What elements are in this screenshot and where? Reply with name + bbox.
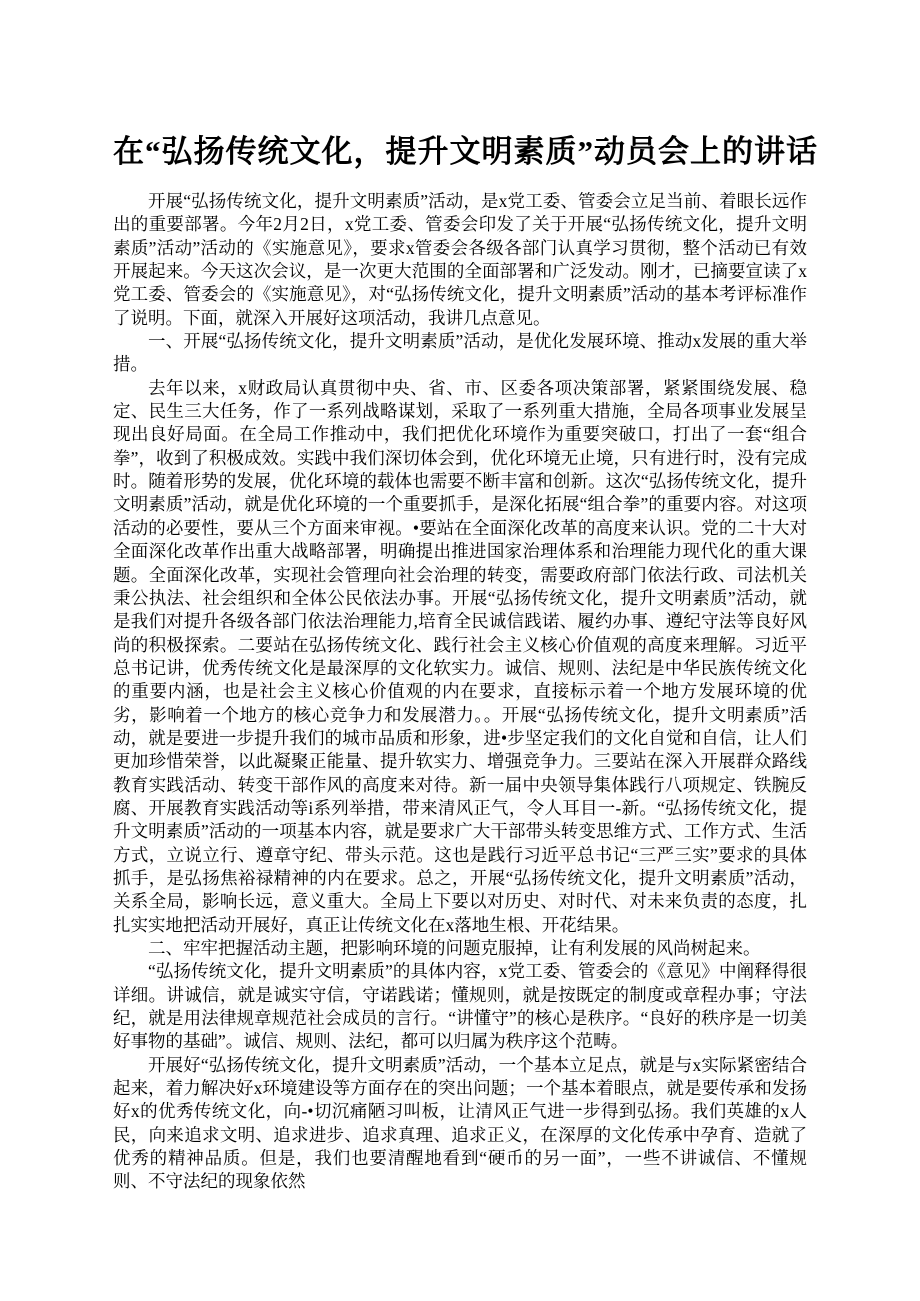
paragraph-section-2-body-1: “弘扬传统文化，提升文明素质”的具体内容，x党工委、管委会的《意见》中阐释得很详… bbox=[113, 960, 807, 1053]
section-heading-1: 一、开展“弘扬传统文化，提升文明素质”活动，是优化发展环境、推动x发展的重大举措… bbox=[113, 330, 807, 377]
section-heading-2: 二、牢牢把握活动主题，把影响环境的问题克服掉，让有利发展的风尚树起来。 bbox=[113, 937, 807, 960]
paragraph-section-2-body-2: 开展好“弘扬传统文化，提升文明素质”活动，一个基本立足点，就是与x实际紧密结合起… bbox=[113, 1054, 807, 1194]
document-title: 在“弘扬传统文化，提升文明素质”动员会上的讲话 bbox=[113, 130, 807, 173]
paragraph-intro: 开展“弘扬传统文化，提升文明素质”活动，是x党工委、管委会立足当前、着眼长远作出… bbox=[113, 190, 807, 330]
document-page: 在“弘扬传统文化，提升文明素质”动员会上的讲话 开展“弘扬传统文化，提升文明素质… bbox=[0, 0, 920, 1301]
paragraph-section-1-body: 去年以来，x财政局认真贯彻中央、省、市、区委各项决策部署，紧紧围绕发展、稳定、民… bbox=[113, 377, 807, 937]
